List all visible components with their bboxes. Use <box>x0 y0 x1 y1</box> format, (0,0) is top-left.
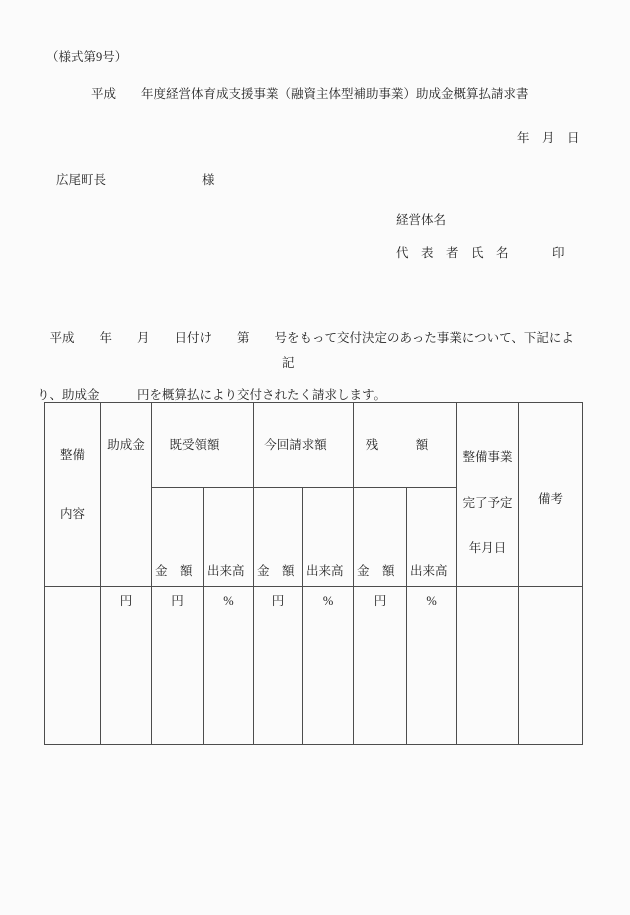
operator-name-label: 経営体名 <box>396 213 446 227</box>
request-table: 整備 内容 助成金 既受領額 今回請求額 残 額 整備事業 完了予定 年月日 備… <box>44 402 583 745</box>
header-balance-amount: 金 額 <box>354 488 407 587</box>
header-completion-line1: 整備事業 <box>457 449 518 466</box>
date-line: 年 月 日 <box>517 131 580 145</box>
header-content: 整備 内容 <box>45 403 101 587</box>
header-content-line1: 整備 <box>45 440 100 470</box>
header-received-progress: 出来高 <box>204 488 254 587</box>
unit-current-amount-yen: 円 <box>254 587 303 745</box>
form-number: （様式第9号） <box>46 50 127 64</box>
header-completion-line3: 年月日 <box>457 540 518 557</box>
unit-received-progress-percent: % <box>204 587 254 745</box>
body-cell-remarks <box>519 587 583 745</box>
addressee-honorific: 様 <box>202 173 215 187</box>
addressee-name: 広尾町長 <box>56 173 106 187</box>
unit-current-progress-percent: % <box>303 587 354 745</box>
header-current-amount: 金 額 <box>254 488 303 587</box>
header-group-current-request: 今回請求額 <box>254 403 354 488</box>
body-cell-completion-date <box>457 587 519 745</box>
header-completion-date: 整備事業 完了予定 年月日 <box>457 403 519 587</box>
header-received-amount: 金 額 <box>152 488 204 587</box>
unit-balance-progress-percent: % <box>407 587 457 745</box>
header-remarks: 備考 <box>519 403 583 587</box>
header-current-progress: 出来高 <box>303 488 354 587</box>
representative-name-label: 代 表 者 氏 名 <box>396 246 509 260</box>
document-page: （様式第9号） 平成 年度経営体育成支援事業（融資主体型補助事業）助成金概算払請… <box>0 0 630 915</box>
document-title: 平成 年度経営体育成支援事業（融資主体型補助事業）助成金概算払請求書 <box>91 87 529 101</box>
header-completion-line2: 完了予定 <box>457 495 518 512</box>
header-subsidy: 助成金 <box>101 403 152 587</box>
header-content-line2: 内容 <box>45 499 100 529</box>
header-group-balance: 残 額 <box>354 403 457 488</box>
header-balance-progress: 出来高 <box>407 488 457 587</box>
unit-received-amount-yen: 円 <box>152 587 204 745</box>
unit-subsidy-yen: 円 <box>101 587 152 745</box>
header-group-received: 既受領額 <box>152 403 254 488</box>
unit-balance-amount-yen: 円 <box>354 587 407 745</box>
request-paragraph-line1: 平成 年 月 日付け 第 号をもって交付決定のあった事業について、下記によ <box>37 329 574 348</box>
ki-heading: 記 <box>282 356 295 370</box>
seal-label: 印 <box>552 246 565 260</box>
body-cell-content <box>45 587 101 745</box>
